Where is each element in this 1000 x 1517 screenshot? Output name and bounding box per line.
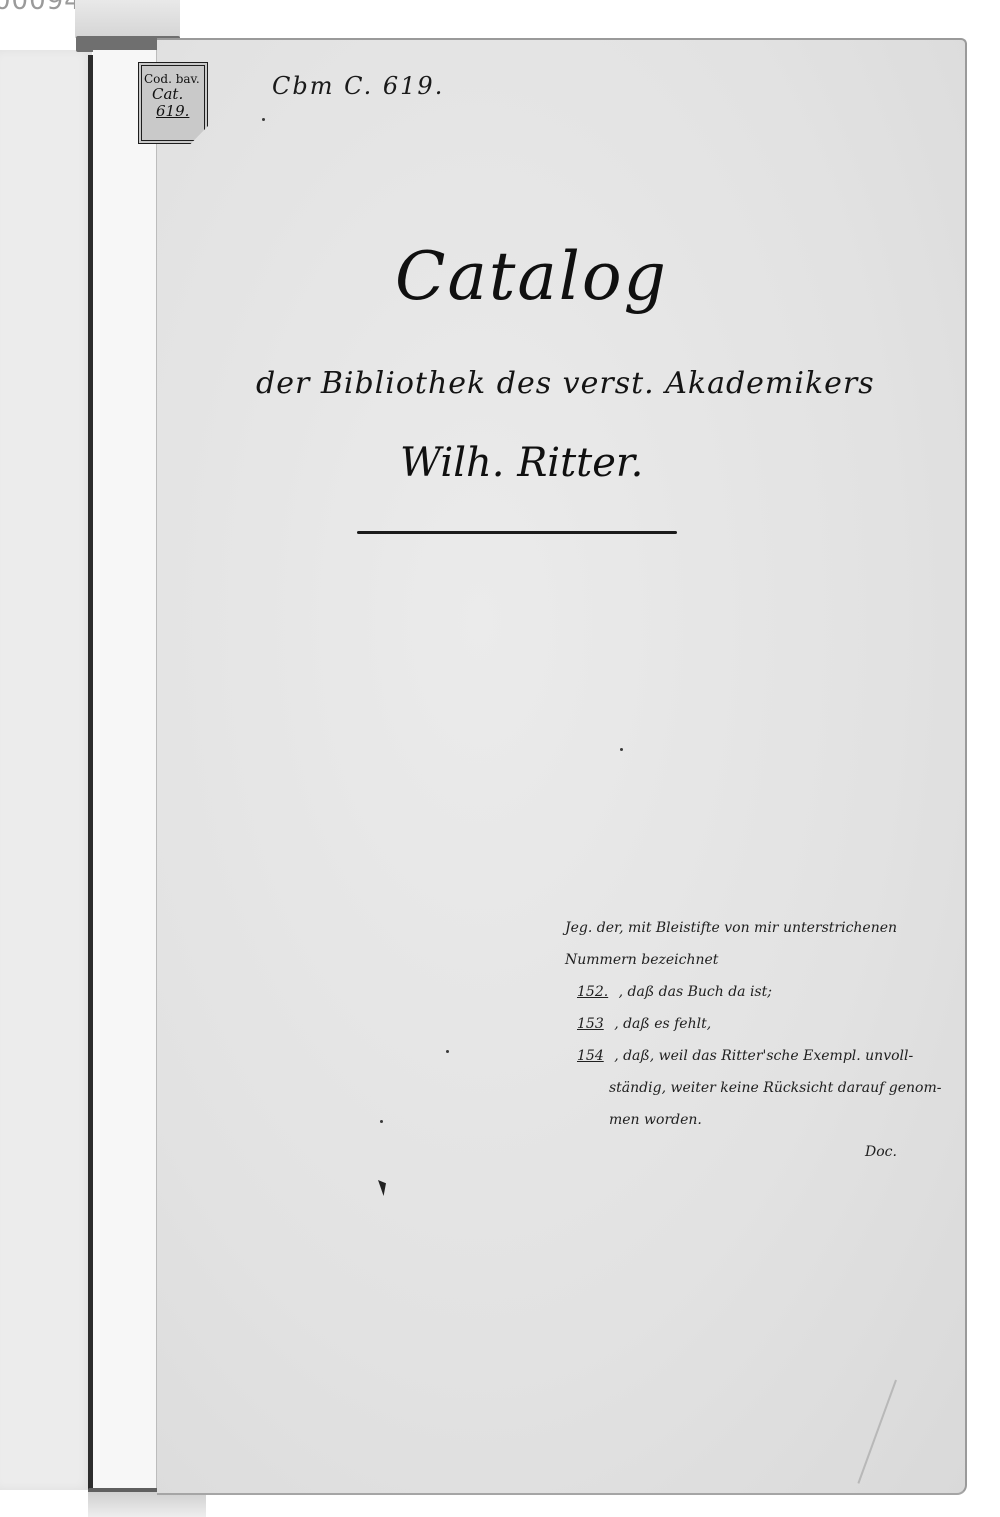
page-subtitle: der Bibliothek des verst. Akademikers [256, 366, 875, 401]
spine-tab-bottom [88, 1492, 206, 1517]
ink-speck [446, 1050, 449, 1053]
shelf-label: Cod. bav. Cat. 619. [138, 62, 208, 144]
owner-name: Wilh. Ritter. [400, 440, 643, 486]
note-item: 152. , daß das Buch da ist; [565, 976, 965, 1008]
ink-speck [380, 1120, 383, 1123]
binding-fold-strip [93, 50, 157, 1492]
ink-speck [262, 118, 265, 121]
note-line: Nummern bezeichnet [565, 944, 965, 976]
spine-tab-top [75, 0, 180, 38]
note-item-number: 154 [577, 1048, 604, 1064]
note-item-text: , daß, weil das Ritter'sche Exempl. unvo… [614, 1048, 913, 1064]
note-continuation: men worden. [609, 1104, 965, 1136]
shelf-label-series: Cat. [152, 86, 204, 103]
title-rule-divider [357, 531, 677, 534]
note-line: Jeg. der, mit Bleistifte von mir unterst… [565, 912, 965, 944]
note-signature: Doc. [865, 1136, 965, 1168]
annotation-notes: Jeg. der, mit Bleistifte von mir unterst… [565, 912, 965, 1168]
ink-speck [620, 748, 623, 751]
note-item-number: 152. [577, 984, 608, 1000]
note-item-text: , daß das Buch da ist; [619, 984, 772, 1000]
note-continuation: ständig, weiter keine Rücksicht darauf g… [609, 1072, 965, 1104]
left-page [0, 50, 92, 1490]
handwritten-shelfmark: Cbm C. 619. [272, 72, 444, 100]
note-item-text: , daß es fehlt, [614, 1016, 711, 1032]
page-title: Catalog [395, 238, 668, 315]
shelf-label-number: 619. [156, 103, 204, 120]
shelf-label-collection: Cod. bav. [144, 72, 204, 86]
note-item: 153 , daß es fehlt, [565, 1008, 965, 1040]
note-item-number: 153 [577, 1016, 604, 1032]
note-item: 154 , daß, weil das Ritter'sche Exempl. … [565, 1040, 965, 1072]
